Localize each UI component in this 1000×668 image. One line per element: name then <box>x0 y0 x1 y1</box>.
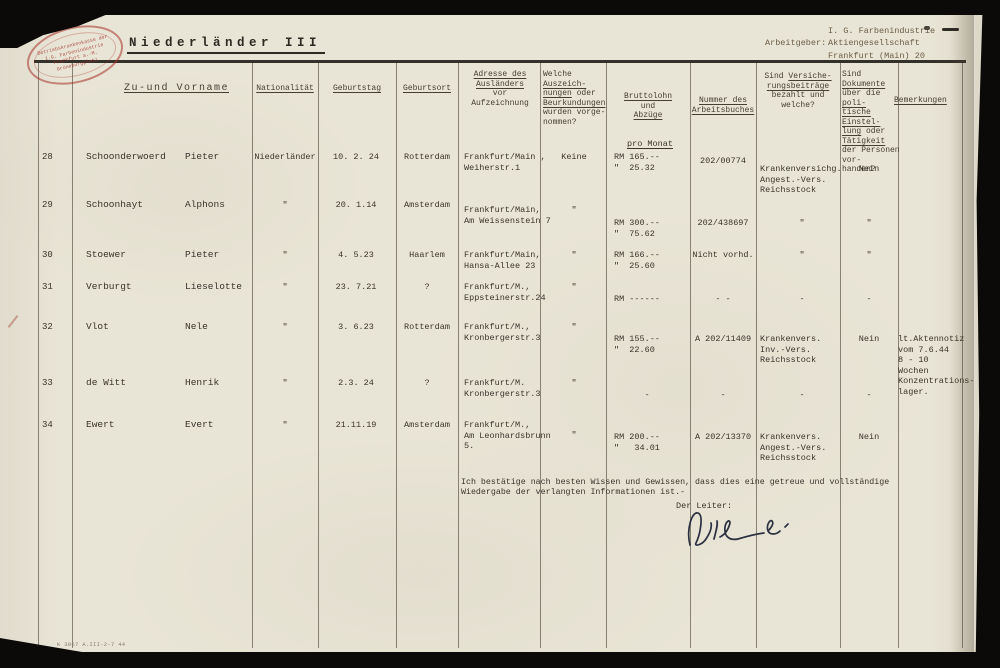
header-text: Tätigkeit <box>842 137 885 146</box>
cell-forename: Evert <box>185 420 214 431</box>
cell-auszeichnung: " <box>542 322 606 333</box>
cell-versicherung: " <box>760 218 844 229</box>
header-text: über die <box>842 89 880 98</box>
cell-address: Frankfurt/M., Am Leonhardsbrunn 5. <box>464 420 554 452</box>
employer-company-suffix: Aktiengesellschaft <box>828 38 920 48</box>
cell-dokumente: " <box>840 218 898 229</box>
cell-birthplace: ? <box>396 378 458 389</box>
cell-address: Frankfurt/Main, Hansa-Allee 23 <box>464 250 554 271</box>
cell-lohn: RM 200.-- " 34.01 <box>614 432 686 453</box>
certification-statement: Ich bestätige nach besten Wissen und Gew… <box>461 478 921 498</box>
cell-auszeichnung: " <box>542 282 606 293</box>
cell-dokumente: Nein <box>840 164 898 175</box>
header-text: Beurkundungen <box>543 99 605 108</box>
header-text: oder <box>572 89 596 98</box>
table-rule <box>756 62 757 648</box>
cell-birthplace: Rotterdam <box>396 152 458 163</box>
cell-versicherung: Krankenvers. Inv.-Vers. Reichsstock <box>760 334 844 366</box>
arbeitgeber-label: Arbeitgeber: <box>765 38 826 48</box>
cell-forename: Pieter <box>185 250 219 261</box>
header-text: Dokumente <box>842 80 885 89</box>
column-header-birthplace: Geburtsort <box>396 84 458 94</box>
column-header-name: Zu-und Vorname <box>124 84 229 94</box>
cell-row-number: 34 <box>42 420 68 431</box>
column-header-arbeitsbuch: Nummer des Arbeitsbuches <box>690 96 756 115</box>
cell-lohn: RM 166.-- " 25.60 <box>614 250 686 271</box>
cell-versicherung: - <box>760 294 844 305</box>
cell-birthplace: Amsterdam <box>396 200 458 211</box>
cell-forename: Pieter <box>185 152 219 163</box>
column-header-bemerkungen: Bemerkungen <box>894 96 947 106</box>
cell-birthdate: 3. 6.23 <box>320 322 392 333</box>
cell-nationality: " <box>252 282 318 293</box>
pro-monat-label: pro Monat <box>612 139 688 149</box>
cell-arbeitsbuch: A 202/13370 <box>690 432 756 443</box>
scan-edge-right <box>974 0 1000 668</box>
table-rule-left <box>38 62 39 648</box>
column-header-dokumente: Sind Dokumente über die poli- tische Ein… <box>842 70 902 175</box>
header-text: Sind <box>764 72 788 81</box>
cell-address: Frankfurt/M. Kronbergerstr.3 <box>464 378 554 399</box>
header-text: oder <box>861 127 885 136</box>
cell-dokumente: - <box>840 390 898 401</box>
scanned-document-page: Betriebskrankenkasse der I.G. Farbenindu… <box>0 0 1000 668</box>
cell-surname: Schoonhayt <box>86 200 143 211</box>
cell-nationality: Niederländer <box>252 152 318 163</box>
cell-nationality: " <box>252 378 318 389</box>
table-rule <box>690 62 691 648</box>
cell-nationality: " <box>252 250 318 261</box>
cell-forename: Lieselotte <box>185 282 242 293</box>
cell-birthdate: 20. 1.14 <box>320 200 392 211</box>
cell-auszeichnung: " <box>542 378 606 389</box>
cell-auszeichnung: " <box>542 250 606 261</box>
form-print-number: K 3067 A.III-2-7 44 <box>57 641 125 648</box>
scan-mark <box>942 28 959 31</box>
table-rule <box>252 62 253 648</box>
header-text: Welche <box>543 70 572 79</box>
pencil-mark <box>8 315 19 328</box>
paper-crease <box>950 0 974 668</box>
cell-birthdate: 2.3. 24 <box>320 378 392 389</box>
scan-edge-top <box>0 0 1000 15</box>
cell-row-number: 31 <box>42 282 68 293</box>
column-header-nationality: Nationalität <box>252 84 318 94</box>
cell-address: Frankfurt/M., Kronbergerstr.3 <box>464 322 554 343</box>
cell-arbeitsbuch: - <box>690 390 756 401</box>
signature <box>684 505 794 558</box>
column-header-bruttolohn: Bruttolohn und Abzüge <box>606 92 690 121</box>
cell-birthplace: Amsterdam <box>396 420 458 431</box>
cell-versicherung: - <box>760 390 844 401</box>
cell-row-number: 30 <box>42 250 68 261</box>
cell-row-number: 28 <box>42 152 68 163</box>
cell-birthdate: 23. 7.21 <box>320 282 392 293</box>
cell-versicherung: Krankenversichg. Angest.-Vers. Reichssto… <box>760 164 844 196</box>
cell-auszeichnung: " <box>542 430 606 441</box>
cell-forename: Nele <box>185 322 208 333</box>
cell-surname: Schoonderwoerd <box>86 152 166 163</box>
header-text: wurden vorge- nommen? <box>543 108 605 127</box>
cell-birthplace: Haarlem <box>396 250 458 261</box>
signature-scrawl <box>684 505 794 553</box>
cell-arbeitsbuch: A 202/11409 <box>690 334 756 345</box>
cell-surname: Verburgt <box>86 282 132 293</box>
header-text: Sind <box>842 70 861 79</box>
cell-row-number: 32 <box>42 322 68 333</box>
cell-versicherung: " <box>760 250 844 261</box>
column-header-address: Adresse des Ausländers vor Aufzeichnung <box>460 70 540 108</box>
column-header-birthdate: Geburtstag <box>318 84 396 94</box>
cell-dokumente: Nein <box>840 334 898 345</box>
cell-surname: Stoewer <box>86 250 126 261</box>
cell-arbeitsbuch: 202/438697 <box>690 218 756 229</box>
table-rule <box>540 62 541 648</box>
column-header-auszeichnungen: Welche Auszeich- nungen oder Beurkundung… <box>543 70 607 127</box>
cell-lohn: RM 300.-- " 75.62 <box>614 218 686 239</box>
cell-auszeichnung: " <box>542 205 606 216</box>
cell-row-number: 29 <box>42 200 68 211</box>
cell-arbeitsbuch: Nicht vorhd. <box>690 250 756 261</box>
document-title: Niederländer III <box>129 36 321 50</box>
employer-city-line: Frankfurt (Main) 20 <box>828 51 925 61</box>
cell-nationality: " <box>252 200 318 211</box>
table-rule <box>72 62 73 648</box>
cell-lohn: RM 155.-- " 22.60 <box>614 334 686 355</box>
cell-address: Frankfurt/M., Eppsteinerstr.24 <box>464 282 554 303</box>
cell-address: Frankfurt/Main , Weiherstr.1 <box>464 152 554 173</box>
cell-birthplace: Rotterdam <box>396 322 458 333</box>
cell-surname: Vlot <box>86 322 109 333</box>
cell-address: Frankfurt/Main, Am Weissenstein 7 <box>464 205 554 226</box>
cell-lohn: RM ------ <box>614 294 686 305</box>
cell-nationality: " <box>252 322 318 333</box>
cell-versicherung: Krankenvers. Angest.-Vers. Reichsstock <box>760 432 844 464</box>
cell-birthdate: 21.11.19 <box>320 420 392 431</box>
column-header-versicherung: Sind Versiche- rungsbeiträge bezahlt und… <box>756 72 840 110</box>
header-address-rest: vor Aufzeichnung <box>471 89 529 108</box>
cell-row-number: 33 <box>42 378 68 389</box>
cell-forename: Henrik <box>185 378 219 389</box>
cell-dokumente: " <box>840 250 898 261</box>
table-rule <box>396 62 397 648</box>
cell-arbeitsbuch: 202/00774 <box>690 156 756 167</box>
cell-dokumente: Nein <box>840 432 898 443</box>
table-rule <box>606 62 607 648</box>
cell-lohn: - <box>614 390 680 401</box>
header-address-underlined: Adresse des Ausländers <box>474 70 527 89</box>
cell-surname: Ewert <box>86 420 115 431</box>
cell-nationality: " <box>252 420 318 431</box>
cell-birthdate: 10. 2. 24 <box>320 152 392 163</box>
table-rule <box>318 62 319 648</box>
header-text: Bruttolohn <box>624 92 672 101</box>
header-horizontal-rule <box>34 60 966 63</box>
cell-auszeichnung: Keine <box>542 152 606 163</box>
cell-lohn: RM 165.-- " 25.32 <box>614 152 686 173</box>
cell-forename: Alphons <box>185 200 225 211</box>
cell-arbeitsbuch: - - <box>690 294 756 305</box>
cell-birthdate: 4. 5.23 <box>320 250 392 261</box>
title-underline <box>127 52 325 54</box>
employer-company-line: I. G. Farbenindustrie <box>828 26 935 36</box>
scan-edge-bottom <box>0 652 1000 668</box>
header-text: Abzüge <box>634 111 663 120</box>
cell-birthplace: ? <box>396 282 458 293</box>
scan-mark <box>924 26 930 30</box>
cell-dokumente: - <box>840 294 898 305</box>
header-text: und <box>641 102 655 111</box>
cell-surname: de Witt <box>86 378 126 389</box>
header-text: bezahlt und welche? <box>772 91 825 110</box>
table-rule <box>458 62 459 648</box>
